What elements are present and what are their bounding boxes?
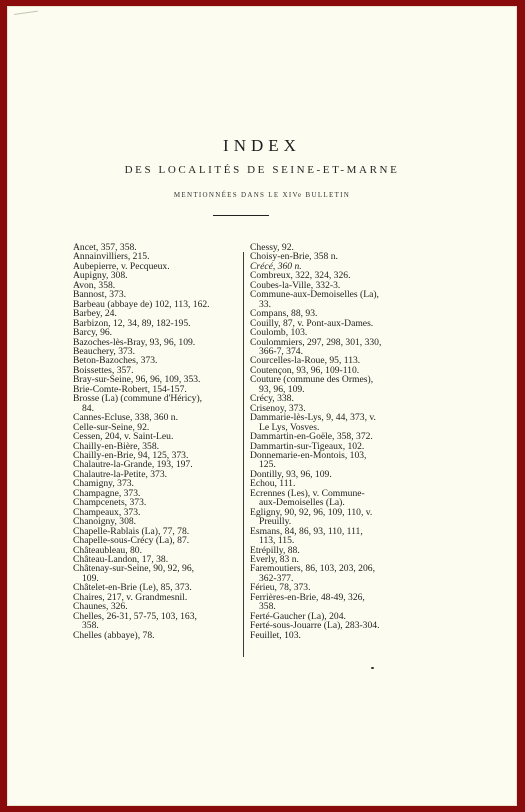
index-entry: Ecrennes (Les), v. Commune-aux-Demoisell… [250, 489, 450, 508]
index-entry: Chelles, 26-31, 57-75, 103, 163,358. [73, 612, 235, 631]
index-entry: Commune-aux-Demoiselles (La),33. [250, 290, 450, 309]
title-divider [213, 215, 269, 216]
index-subtitle: DES LOCALITÉS DE SEINE-ET-MARNE [7, 164, 517, 176]
page-corner-mark [14, 11, 39, 21]
index-entry: Esmans, 84, 86, 93, 110, 111,113, 115. [250, 527, 450, 546]
index-entry: Feuillet, 103. [250, 631, 450, 640]
index-entry: Coulommiers, 297, 298, 301, 330,366-7, 3… [250, 338, 450, 357]
index-column-right: Chessy, 92.Choisy-en-Brie, 358 n.Crécé, … [250, 243, 450, 640]
index-entry-text: Feuillet, 103. [250, 630, 301, 641]
index-entry: Châtenay-sur-Seine, 90, 92, 96,109. [73, 564, 235, 583]
index-entry: Brosse (La) (commune d'Héricy),84. [73, 394, 235, 413]
index-entry: Ferrières-en-Brie, 48-49, 326,358. [250, 593, 450, 612]
index-entry: Faremoutiers, 86, 103, 203, 206,362-377. [250, 564, 450, 583]
index-entry: Egligny, 90, 92, 96, 109, 110, v.Preuill… [250, 508, 450, 527]
index-entry: Couture (commune des Ormes),93, 96, 109. [250, 375, 450, 394]
index-subsubtitle: MENTIONNÉES DANS LE XIVe BULLETIN [7, 191, 517, 199]
index-entry: Donnemarie-en-Montois, 103,125. [250, 451, 450, 470]
index-column-left: Ancet, 357, 358.Annainvilliers, 215.Aube… [73, 243, 235, 640]
index-entry: Dammarie-lès-Lys, 9, 44, 373, v.Le Lys, … [250, 413, 450, 432]
index-entry: Chelles (abbaye), 78. [73, 631, 235, 640]
index-title: INDEX [7, 136, 517, 156]
column-divider [243, 252, 244, 657]
index-entry-text: Chelles (abbaye), 78. [73, 630, 155, 641]
document-page: INDEX DES LOCALITÉS DE SEINE-ET-MARNE ME… [7, 6, 517, 806]
ink-speck [371, 667, 374, 669]
